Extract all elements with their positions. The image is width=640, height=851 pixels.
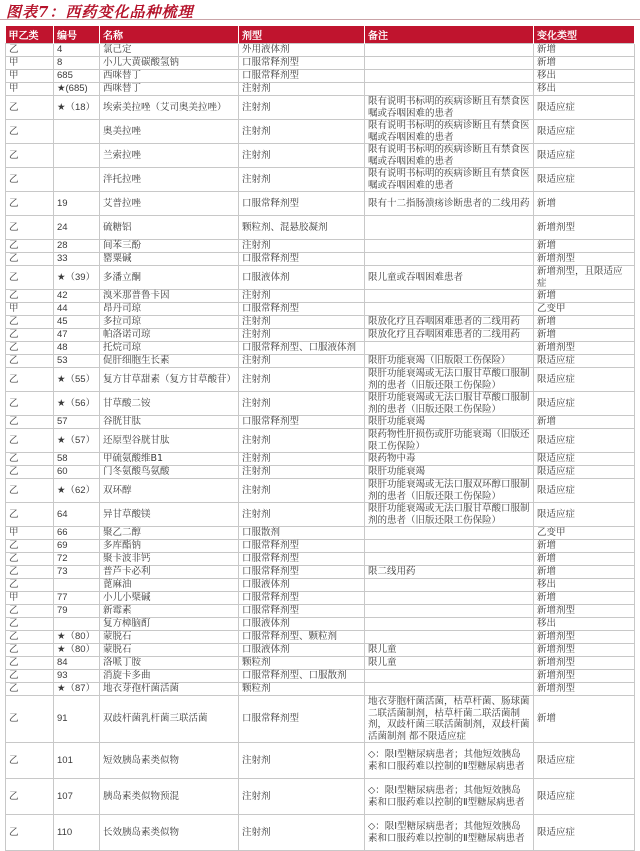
note-cell: 限放化疗且吞咽困难患者的二线用药 — [365, 329, 534, 342]
class-cell: 乙 — [6, 566, 54, 579]
name-cell: 新霉素 — [100, 605, 239, 618]
number-cell: ★(685) — [54, 83, 100, 96]
note-cell — [365, 683, 534, 696]
name-cell: 罂粟碱 — [100, 253, 239, 266]
class-cell: 甲 — [6, 592, 54, 605]
note-cell: 限肝功能衰竭 — [365, 466, 534, 479]
table-row: 乙★（57）还原型谷胱甘肽注射剂限药物性肝损伤或肝功能衰竭（旧版还限工伤保险）限… — [6, 429, 635, 453]
name-cell: 帕洛诺司琼 — [100, 329, 239, 342]
table-row: 乙79新霉素口服常释剂型新增剂型 — [6, 605, 635, 618]
header-class: 甲乙类 — [6, 26, 54, 44]
number-cell: 33 — [54, 253, 100, 266]
class-cell: 乙 — [6, 144, 54, 168]
class-cell: 甲 — [6, 70, 54, 83]
name-cell: 双歧杆菌乳杆菌三联活菌 — [100, 696, 239, 743]
number-cell: ★（62） — [54, 479, 100, 503]
note-cell: 限药物中毒 — [365, 453, 534, 466]
number-cell: 24 — [54, 216, 100, 240]
dosage-form-cell: 注射剂 — [239, 120, 365, 144]
dosage-form-cell: 注射剂 — [239, 96, 365, 120]
note-cell: 限二线用药 — [365, 566, 534, 579]
number-cell: 48 — [54, 342, 100, 355]
change-type-cell: 新增剂型 — [534, 644, 635, 657]
note-cell: 限有说明书标明的疾病诊断且有禁食医嘱或吞咽困难的患者 — [365, 120, 534, 144]
name-cell: 多库酯钠 — [100, 540, 239, 553]
dosage-form-cell: 口服液体剂 — [239, 579, 365, 592]
note-cell: 限放化疗且吞咽困难患者的二线用药 — [365, 316, 534, 329]
table-row: 甲8小儿大黄碳酸氢钠口服常释剂型新增 — [6, 57, 635, 70]
table-row: 乙60门冬氨酸鸟氨酸注射剂限肝功能衰竭限适应症 — [6, 466, 635, 479]
note-cell — [365, 579, 534, 592]
note-cell — [365, 592, 534, 605]
change-type-cell: 新增 — [534, 316, 635, 329]
note-cell — [365, 83, 534, 96]
change-type-cell: 新增 — [534, 290, 635, 303]
change-type-cell: 新增剂型 — [534, 605, 635, 618]
number-cell: 44 — [54, 303, 100, 316]
class-cell: 乙 — [6, 329, 54, 342]
change-type-cell: 新增剂型 — [534, 657, 635, 670]
title-divider — [0, 19, 640, 20]
change-type-cell: 新增 — [534, 696, 635, 743]
note-cell: ◇：限Ⅰ型糖尿病患者；其他短效胰岛素和口服药难以控制的Ⅱ型糖尿病患者 — [365, 743, 534, 779]
name-cell: 促肝细胞生长素 — [100, 355, 239, 368]
class-cell: 乙 — [6, 466, 54, 479]
number-cell: 69 — [54, 540, 100, 553]
table-row: 乙4氯己定外用液体剂新增 — [6, 44, 635, 57]
dosage-form-cell: 口服常释剂型、口服液体剂 — [239, 342, 365, 355]
name-cell: 托烷司琼 — [100, 342, 239, 355]
number-cell: 84 — [54, 657, 100, 670]
table-row: 乙19艾普拉唑口服常释剂型限有十二指肠溃疡诊断患者的二线用药新增 — [6, 192, 635, 216]
number-cell: 72 — [54, 553, 100, 566]
change-type-cell: 限适应症 — [534, 392, 635, 416]
name-cell: 间苯三酚 — [100, 240, 239, 253]
dosage-form-cell: 注射剂 — [239, 144, 365, 168]
number-cell — [54, 120, 100, 144]
class-cell: 乙 — [6, 392, 54, 416]
dosage-form-cell: 颗粒剂、混悬胶凝剂 — [239, 216, 365, 240]
dosage-form-cell: 口服液体剂 — [239, 266, 365, 290]
dosage-form-cell: 口服常释剂型 — [239, 57, 365, 70]
name-cell: 异甘草酸镁 — [100, 503, 239, 527]
class-cell: 乙 — [6, 696, 54, 743]
note-cell: 地衣芽胞杆菌活菌，枯草杆菌、肠球菌二联活菌制剂，枯草杆菌二联活菌制剂，双歧杆菌三… — [365, 696, 534, 743]
change-type-cell: 新增 — [534, 553, 635, 566]
dosage-form-cell: 注射剂 — [239, 168, 365, 192]
number-cell: 685 — [54, 70, 100, 83]
number-cell: 57 — [54, 416, 100, 429]
table-row: 乙64异甘草酸镁注射剂限肝功能衰竭或无法口服甘草酸口服制剂的患者（旧版还限工伤保… — [6, 503, 635, 527]
dosage-form-cell: 口服常释剂型 — [239, 416, 365, 429]
name-cell: 小儿大黄碳酸氢钠 — [100, 57, 239, 70]
table-row: 乙24硫糖铝颗粒剂、混悬胶凝剂新增剂型 — [6, 216, 635, 240]
name-cell: 西咪替丁 — [100, 83, 239, 96]
dosage-form-cell: 注射剂 — [239, 466, 365, 479]
dosage-form-cell: 注射剂 — [239, 316, 365, 329]
table-row: 乙★（18）埃索美拉唑（艾司奥美拉唑）注射剂限有说明书标明的疾病诊断且有禁食医嘱… — [6, 96, 635, 120]
dosage-form-cell: 口服常释剂型 — [239, 192, 365, 216]
class-cell: 乙 — [6, 168, 54, 192]
class-cell: 乙 — [6, 368, 54, 392]
name-cell: 地衣芽孢杆菌活菌 — [100, 683, 239, 696]
name-cell: 甘草酸二铵 — [100, 392, 239, 416]
table-row: 乙48托烷司琼口服常释剂型、口服液体剂新增剂型 — [6, 342, 635, 355]
change-type-cell: 新增剂型 — [534, 631, 635, 644]
table-row: 乙42溴米那普鲁卡因注射剂新增 — [6, 290, 635, 303]
dosage-form-cell: 注射剂 — [239, 368, 365, 392]
name-cell: 西咪替丁 — [100, 70, 239, 83]
number-cell: ★（56） — [54, 392, 100, 416]
change-type-cell: 新增剂型，且限适应症 — [534, 266, 635, 290]
class-cell: 乙 — [6, 355, 54, 368]
note-cell — [365, 631, 534, 644]
number-cell: ★（80） — [54, 631, 100, 644]
class-cell: 乙 — [6, 683, 54, 696]
note-cell: 限肝功能衰竭或无法口服甘草酸口服制剂的患者（旧版还限工伤保险） — [365, 503, 534, 527]
dosage-form-cell: 口服常释剂型、颗粒剂 — [239, 631, 365, 644]
class-cell: 乙 — [6, 579, 54, 592]
dosage-form-cell: 口服常释剂型 — [239, 303, 365, 316]
number-cell: 64 — [54, 503, 100, 527]
table-row: 乙★（80）蒙脱石口服常释剂型、颗粒剂新增剂型 — [6, 631, 635, 644]
class-cell: 乙 — [6, 316, 54, 329]
class-cell: 乙 — [6, 290, 54, 303]
table-row: 乙泮托拉唑注射剂限有说明书标明的疾病诊断且有禁食医嘱或吞咽困难的患者限适应症 — [6, 168, 635, 192]
note-cell — [365, 527, 534, 540]
dosage-form-cell: 口服常释剂型 — [239, 696, 365, 743]
dosage-form-cell: 口服常释剂型 — [239, 253, 365, 266]
table-row: 乙110长效胰岛素类似物注射剂◇：限Ⅰ型糖尿病患者；其他短效胰岛素和口服药难以控… — [6, 815, 635, 827]
note-cell: 限有说明书标明的疾病诊断且有禁食医嘱或吞咽困难的患者 — [365, 168, 534, 192]
name-cell: 短效胰岛素类似物 — [100, 743, 239, 779]
number-cell — [54, 168, 100, 192]
table-row: 甲685西咪替丁口服常释剂型移出 — [6, 70, 635, 83]
table-row: 乙复方樟脑酊口服液体剂移出 — [6, 618, 635, 631]
note-cell — [365, 553, 534, 566]
table-row: 乙58甲硫氨酸维B1注射剂限药物中毒限适应症 — [6, 453, 635, 466]
dosage-form-cell: 外用液体剂 — [239, 44, 365, 57]
number-cell: 66 — [54, 527, 100, 540]
table-row: 乙★（62）双环醇注射剂限肝功能衰竭或无法口服双环醇口服制剂的患者（旧版还限工伤… — [6, 479, 635, 503]
class-cell: 乙 — [6, 253, 54, 266]
number-cell: 101 — [54, 743, 100, 779]
number-cell — [54, 579, 100, 592]
dosage-form-cell: 口服常释剂型 — [239, 566, 365, 579]
note-cell — [365, 605, 534, 618]
number-cell: 58 — [54, 453, 100, 466]
number-cell: 73 — [54, 566, 100, 579]
header-dosage-form: 剂型 — [239, 26, 365, 44]
table-row: 乙28间苯三酚注射剂新增 — [6, 240, 635, 253]
number-cell: 53 — [54, 355, 100, 368]
table-row: 乙奥美拉唑注射剂限有说明书标明的疾病诊断且有禁食医嘱或吞咽困难的患者限适应症 — [6, 120, 635, 144]
note-cell — [365, 290, 534, 303]
note-cell — [365, 216, 534, 240]
note-cell: ◇：限Ⅰ型糖尿病患者；其他短效胰岛素和口服药难以控制的Ⅱ型糖尿病患者 — [365, 779, 534, 815]
class-cell: 乙 — [6, 618, 54, 631]
name-cell: 小儿小檗碱 — [100, 592, 239, 605]
class-cell: 乙 — [6, 96, 54, 120]
class-cell: 乙 — [6, 192, 54, 216]
note-cell: 限有十二指肠溃疡诊断患者的二线用药 — [365, 192, 534, 216]
number-cell: 110 — [54, 815, 100, 827]
change-type-cell: 限适应症 — [534, 743, 635, 779]
note-cell — [365, 303, 534, 316]
dosage-form-cell: 注射剂 — [239, 453, 365, 466]
class-cell: 甲 — [6, 527, 54, 540]
change-type-cell: 新增剂型 — [534, 683, 635, 696]
dosage-form-cell: 注射剂 — [239, 355, 365, 368]
name-cell: 蓖麻油 — [100, 579, 239, 592]
name-cell: 复方甘草甜素（复方甘草酸苷） — [100, 368, 239, 392]
name-cell: 硫糖铝 — [100, 216, 239, 240]
dosage-form-cell: 注射剂 — [239, 743, 365, 779]
class-cell: 乙 — [6, 44, 54, 57]
change-type-cell: 新增剂型 — [534, 216, 635, 240]
note-cell: 限儿童 — [365, 644, 534, 657]
class-cell: 乙 — [6, 342, 54, 355]
number-cell: 47 — [54, 329, 100, 342]
note-cell: 限药物性肝损伤或肝功能衰竭（旧版还限工伤保险） — [365, 429, 534, 453]
table-row: 乙53促肝细胞生长素注射剂限肝功能衰竭（旧版限工伤保险）限适应症 — [6, 355, 635, 368]
number-cell: 4 — [54, 44, 100, 57]
change-type-cell: 乙变甲 — [534, 527, 635, 540]
name-cell: 艾普拉唑 — [100, 192, 239, 216]
note-cell: ◇：限Ⅰ型糖尿病患者；其他短效胰岛素和口服药难以控制的Ⅱ型糖尿病患者 — [365, 815, 534, 827]
number-cell: ★（39） — [54, 266, 100, 290]
table-row: 乙101短效胰岛素类似物注射剂◇：限Ⅰ型糖尿病患者；其他短效胰岛素和口服药难以控… — [6, 743, 635, 779]
class-cell: 乙 — [6, 670, 54, 683]
class-cell: 乙 — [6, 240, 54, 253]
change-type-cell: 限适应症 — [534, 144, 635, 168]
number-cell: 60 — [54, 466, 100, 479]
table-row: 乙兰索拉唑注射剂限有说明书标明的疾病诊断且有禁食医嘱或吞咽困难的患者限适应症 — [6, 144, 635, 168]
name-cell: 复方樟脑酊 — [100, 618, 239, 631]
name-cell: 聚卡波非钙 — [100, 553, 239, 566]
number-cell: 28 — [54, 240, 100, 253]
change-type-cell: 移出 — [534, 618, 635, 631]
class-cell: 乙 — [6, 631, 54, 644]
dosage-form-cell: 口服常释剂型 — [239, 70, 365, 83]
number-cell: 45 — [54, 316, 100, 329]
number-cell: 19 — [54, 192, 100, 216]
table-row: 乙★（87）地衣芽孢杆菌活菌颗粒剂新增剂型 — [6, 683, 635, 696]
dosage-form-cell: 注射剂 — [239, 503, 365, 527]
change-type-cell: 新增 — [534, 329, 635, 342]
note-cell — [365, 540, 534, 553]
change-type-cell: 移出 — [534, 70, 635, 83]
header-note: 备注 — [365, 26, 534, 44]
name-cell: 谷胱甘肽 — [100, 416, 239, 429]
class-cell: 甲 — [6, 57, 54, 70]
class-cell: 乙 — [6, 815, 54, 827]
number-cell — [54, 618, 100, 631]
class-cell: 乙 — [6, 216, 54, 240]
header-number: 编号 — [54, 26, 100, 44]
change-type-cell: 移出 — [534, 83, 635, 96]
table-row: 乙57谷胱甘肽口服常释剂型限肝功能衰竭新增 — [6, 416, 635, 429]
number-cell — [54, 144, 100, 168]
header-change-type: 变化类型 — [534, 26, 635, 44]
note-cell — [365, 240, 534, 253]
number-cell: 42 — [54, 290, 100, 303]
change-type-cell: 新增 — [534, 44, 635, 57]
dosage-form-cell: 口服常释剂型 — [239, 605, 365, 618]
table-row: 甲★(685)西咪替丁注射剂移出 — [6, 83, 635, 96]
change-type-cell: 新增剂型 — [534, 342, 635, 355]
note-cell: 限肝功能衰竭（旧版限工伤保险） — [365, 355, 534, 368]
class-cell: 乙 — [6, 266, 54, 290]
name-cell: 胰岛素类似物预混 — [100, 779, 239, 815]
dosage-form-cell: 注射剂 — [239, 392, 365, 416]
change-type-cell: 新增 — [534, 192, 635, 216]
note-cell — [365, 44, 534, 57]
table-row: 乙33罂粟碱口服常释剂型新增剂型 — [6, 253, 635, 266]
number-cell: 107 — [54, 779, 100, 815]
dosage-form-cell: 口服常释剂型 — [239, 592, 365, 605]
dosage-form-cell: 注射剂 — [239, 479, 365, 503]
name-cell: 埃索美拉唑（艾司奥美拉唑） — [100, 96, 239, 120]
name-cell: 多拉司琼 — [100, 316, 239, 329]
table-header-row: 甲乙类 编号 名称 剂型 备注 变化类型 — [6, 26, 635, 44]
name-cell: 多潘立酮 — [100, 266, 239, 290]
note-cell: 限儿童 — [365, 657, 534, 670]
change-type-cell: 限适应症 — [534, 815, 635, 827]
number-cell: ★（57） — [54, 429, 100, 453]
dosage-form-cell: 口服常释剂型 — [239, 553, 365, 566]
name-cell: 甲硫氨酸维B1 — [100, 453, 239, 466]
number-cell: ★（55） — [54, 368, 100, 392]
change-type-cell: 移出 — [534, 579, 635, 592]
dosage-form-cell: 颗粒剂 — [239, 683, 365, 696]
class-cell: 甲 — [6, 83, 54, 96]
change-type-cell: 限适应症 — [534, 503, 635, 527]
table-row: 甲77小儿小檗碱口服常释剂型新增 — [6, 592, 635, 605]
change-type-cell: 限适应症 — [534, 466, 635, 479]
table-row: 乙91双歧杆菌乳杆菌三联活菌口服常释剂型地衣芽胞杆菌活菌，枯草杆菌、肠球菌二联活… — [6, 696, 635, 743]
table-row: 乙72聚卡波非钙口服常释剂型新增 — [6, 553, 635, 566]
table-row: 乙47帕洛诺司琼注射剂限放化疗且吞咽困难患者的二线用药新增 — [6, 329, 635, 342]
change-type-cell: 限适应症 — [534, 453, 635, 466]
name-cell: 普芦卡必利 — [100, 566, 239, 579]
table-row: 乙73普芦卡必利口服常释剂型限二线用药新增 — [6, 566, 635, 579]
note-cell: 限肝功能衰竭或无法口服双环醇口服制剂的患者（旧版还限工伤保险） — [365, 479, 534, 503]
class-cell: 乙 — [6, 479, 54, 503]
change-type-cell: 新增 — [534, 592, 635, 605]
class-cell: 甲 — [6, 303, 54, 316]
dosage-form-cell: 口服液体剂 — [239, 618, 365, 631]
class-cell: 乙 — [6, 644, 54, 657]
dosage-form-cell: 口服液体剂 — [239, 644, 365, 657]
note-cell: 限有说明书标明的疾病诊断且有禁食医嘱或吞咽困难的患者 — [365, 144, 534, 168]
change-type-cell: 限适应症 — [534, 96, 635, 120]
name-cell: 溴米那普鲁卡因 — [100, 290, 239, 303]
dosage-form-cell: 注射剂 — [239, 240, 365, 253]
name-cell: 长效胰岛素类似物 — [100, 815, 239, 827]
table-row: 甲66聚乙二醇口服散剂乙变甲 — [6, 527, 635, 540]
name-cell: 奥美拉唑 — [100, 120, 239, 144]
note-cell: 限肝功能衰竭或无法口服甘草酸口服制剂的患者（旧版还限工伤保险） — [365, 392, 534, 416]
name-cell: 蒙脱石 — [100, 644, 239, 657]
dosage-form-cell: 注射剂 — [239, 815, 365, 827]
table-row: 乙107胰岛素类似物预混注射剂◇：限Ⅰ型糖尿病患者；其他短效胰岛素和口服药难以控… — [6, 779, 635, 815]
name-cell: 昂丹司琼 — [100, 303, 239, 316]
name-cell: 兰索拉唑 — [100, 144, 239, 168]
name-cell: 泮托拉唑 — [100, 168, 239, 192]
change-type-cell: 限适应症 — [534, 368, 635, 392]
class-cell: 乙 — [6, 540, 54, 553]
header-name: 名称 — [100, 26, 239, 44]
change-type-cell: 新增剂型 — [534, 670, 635, 683]
change-type-cell: 限适应症 — [534, 429, 635, 453]
dosage-form-cell: 口服散剂 — [239, 527, 365, 540]
dosage-form-cell: 注射剂 — [239, 779, 365, 815]
note-cell — [365, 253, 534, 266]
note-cell: 限肝功能衰竭 — [365, 416, 534, 429]
table-row: 乙45多拉司琼注射剂限放化疗且吞咽困难患者的二线用药新增 — [6, 316, 635, 329]
class-cell: 乙 — [6, 503, 54, 527]
dosage-form-cell: 口服常释剂型 — [239, 540, 365, 553]
name-cell: 聚乙二醇 — [100, 527, 239, 540]
note-cell: 限儿童或吞咽困难患者 — [365, 266, 534, 290]
note-cell: 限肝功能衰竭或无法口服甘草酸口服制剂的患者（旧版还限工伤保险） — [365, 368, 534, 392]
drug-change-table: 甲乙类 编号 名称 剂型 备注 变化类型 乙4氯己定外用液体剂新增甲8小儿大黄碳… — [5, 26, 635, 826]
table-row: 甲44昂丹司琼口服常释剂型乙变甲 — [6, 303, 635, 316]
change-type-cell: 限适应症 — [534, 168, 635, 192]
figure-title: 图表7：西药变化品种梳理 — [6, 1, 193, 19]
dosage-form-cell: 注射剂 — [239, 290, 365, 303]
dosage-form-cell: 注射剂 — [239, 429, 365, 453]
note-cell: 限有说明书标明的疾病诊断且有禁食医嘱或吞咽困难的患者 — [365, 96, 534, 120]
number-cell: ★（80） — [54, 644, 100, 657]
table-row: 乙蓖麻油口服液体剂移出 — [6, 579, 635, 592]
note-cell — [365, 670, 534, 683]
table-row: 乙84洛哌丁胺颗粒剂限儿童新增剂型 — [6, 657, 635, 670]
change-type-cell: 乙变甲 — [534, 303, 635, 316]
table-row: 乙★（39）多潘立酮口服液体剂限儿童或吞咽困难患者新增剂型，且限适应症 — [6, 266, 635, 290]
change-type-cell: 限适应症 — [534, 479, 635, 503]
change-type-cell: 限适应症 — [534, 779, 635, 815]
name-cell: 门冬氨酸鸟氨酸 — [100, 466, 239, 479]
name-cell: 蒙脱石 — [100, 631, 239, 644]
change-type-cell: 限适应症 — [534, 355, 635, 368]
number-cell: 8 — [54, 57, 100, 70]
dosage-form-cell: 颗粒剂 — [239, 657, 365, 670]
name-cell: 还原型谷胱甘肽 — [100, 429, 239, 453]
name-cell: 双环醇 — [100, 479, 239, 503]
dosage-form-cell: 口服常释剂型、口服散剂 — [239, 670, 365, 683]
class-cell: 乙 — [6, 453, 54, 466]
change-type-cell: 新增 — [534, 566, 635, 579]
change-type-cell: 限适应症 — [534, 120, 635, 144]
dosage-form-cell: 注射剂 — [239, 83, 365, 96]
note-cell — [365, 57, 534, 70]
number-cell: ★（87） — [54, 683, 100, 696]
table-row: 乙★（80）蒙脱石口服液体剂限儿童新增剂型 — [6, 644, 635, 657]
change-type-cell: 新增 — [534, 416, 635, 429]
change-type-cell: 新增 — [534, 240, 635, 253]
number-cell: 91 — [54, 696, 100, 743]
class-cell: 乙 — [6, 553, 54, 566]
name-cell: 消旋卡多曲 — [100, 670, 239, 683]
note-cell — [365, 618, 534, 631]
class-cell: 乙 — [6, 429, 54, 453]
number-cell: 93 — [54, 670, 100, 683]
number-cell: ★（18） — [54, 96, 100, 120]
class-cell: 乙 — [6, 779, 54, 815]
class-cell: 乙 — [6, 743, 54, 779]
